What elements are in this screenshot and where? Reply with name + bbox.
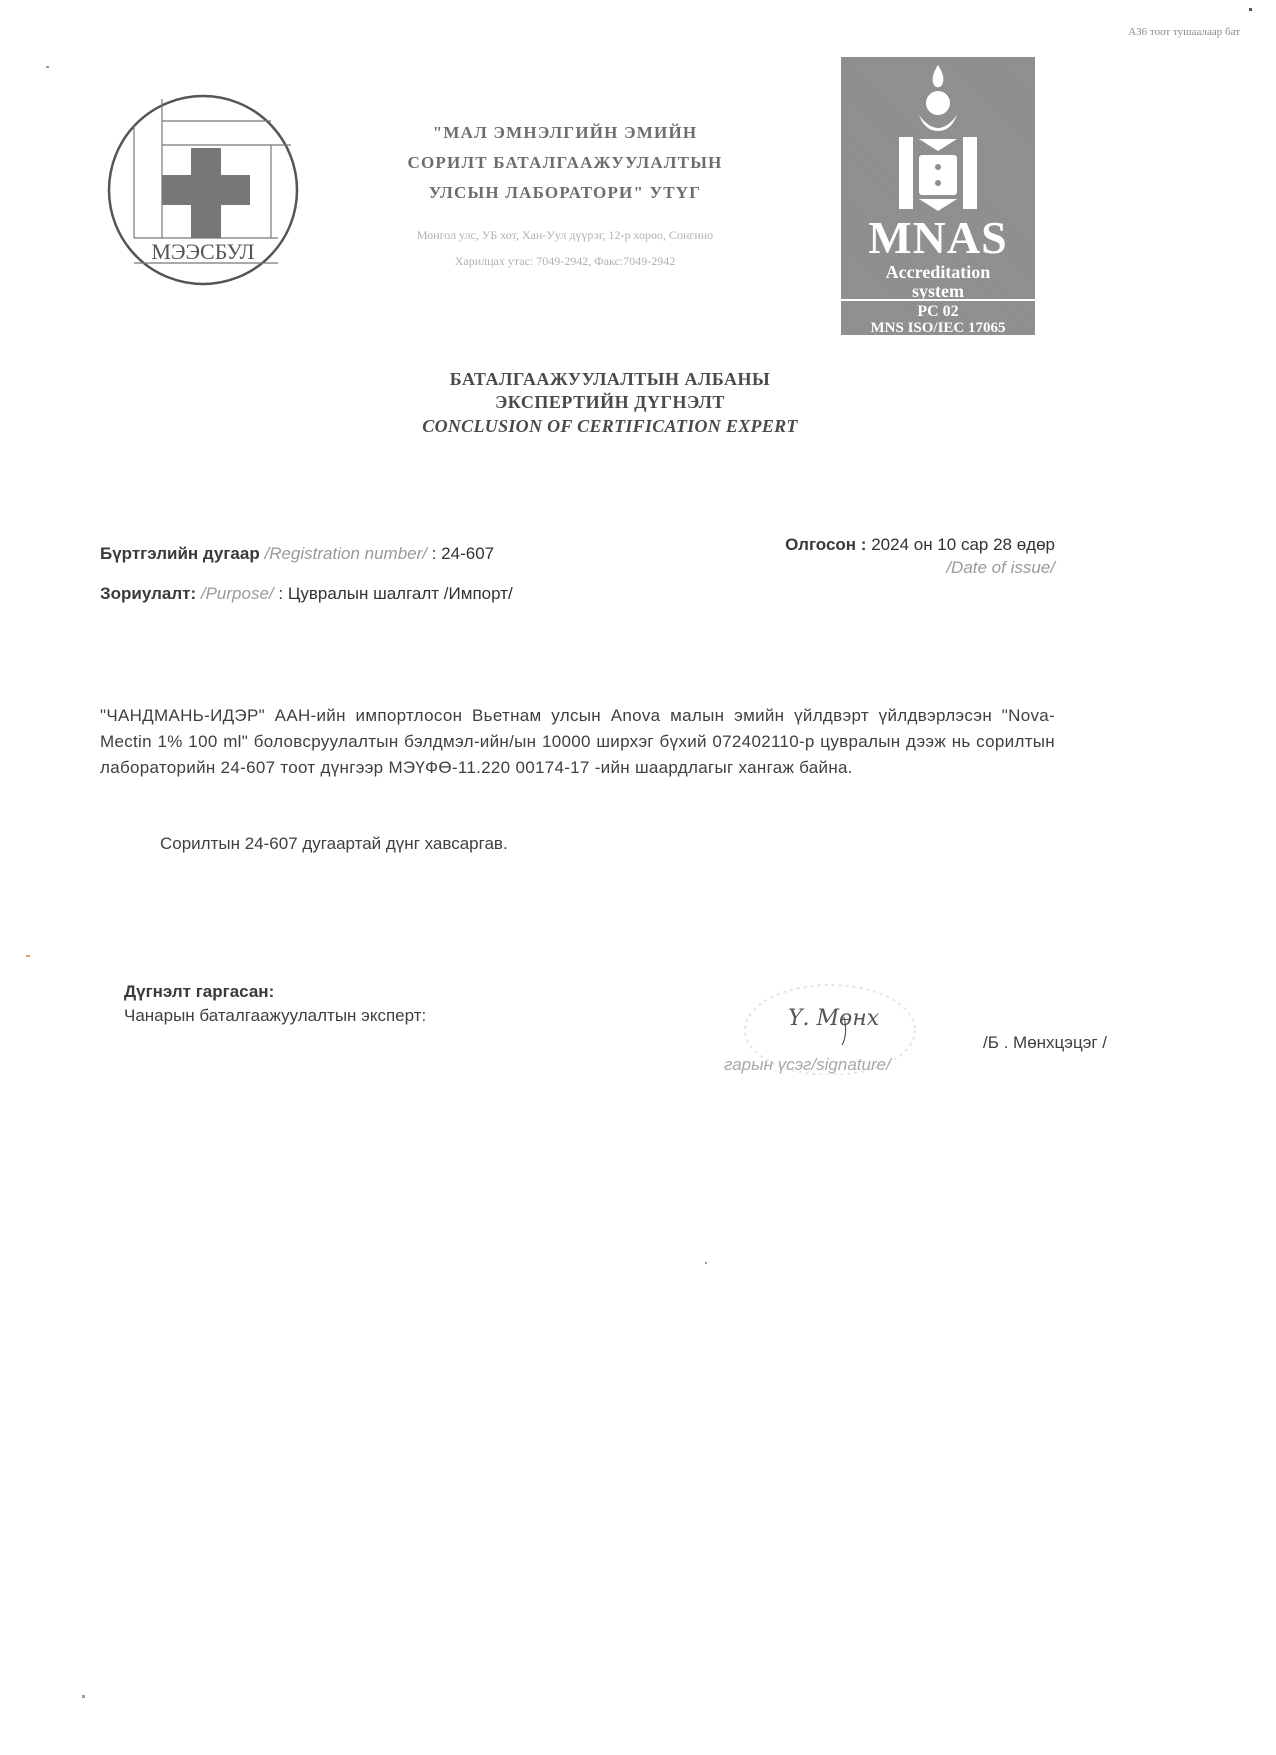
scan-speck	[705, 1262, 707, 1264]
title-line-1: БАТАЛГААЖУУЛАЛТЫН АЛБАНЫ	[360, 368, 860, 391]
purpose-value: : Цувралын шалгалт /Импорт/	[278, 584, 512, 603]
registration-value: : 24-607	[432, 544, 494, 563]
registration-label-en: /Registration number/	[264, 544, 427, 563]
org-name-line-1: "МАЛ ЭМНЭЛГИЙН ЭМИЙН	[340, 118, 790, 148]
approval-note: А36 тоот тушаалаар бат	[1128, 26, 1240, 38]
attachment-note: Сорилтын 24-607 дугаартай дүнг хавсаргав…	[160, 834, 508, 854]
registration-label: Бүртгэлийн дугаар	[100, 544, 260, 563]
mnas-subtitle: Accreditation	[841, 262, 1035, 282]
registration-number: Бүртгэлийн дугаар /Registration number/ …	[100, 544, 494, 564]
badge-divider	[841, 299, 1035, 301]
mnas-title: MNAS	[841, 215, 1035, 261]
signer-name: /Б . Мөнхцэцэг /	[983, 1033, 1107, 1053]
purpose-label: Зориулалт:	[100, 584, 196, 603]
issue-date-label: Олгосон :	[785, 535, 866, 554]
address-line: Монгол улс, УБ хот, Хан-Уул дүүрэг, 12-р…	[340, 222, 790, 248]
scan-speck	[26, 955, 30, 957]
title-line-2: ЭКСПЕРТИЙН ДҮГНЭЛТ	[360, 391, 860, 414]
purpose-label-en: /Purpose/	[201, 584, 274, 603]
accreditation-badge: MNAS Accreditation system PC 02 MNS ISO/…	[841, 57, 1035, 335]
conclusion-paragraph: "ЧАНДМАНЬ-ИДЭР" ААН-ийн импортлосон Вьет…	[100, 703, 1055, 781]
svg-text:Ү. Мөнх: Ү. Мөнх	[788, 1006, 880, 1031]
issue-date-label-en: /Date of issue/	[946, 558, 1055, 578]
organization-header: "МАЛ ЭМНЭЛГИЙН ЭМИЙН СОРИЛТ БАТАЛГААЖУУЛ…	[340, 118, 790, 274]
scan-speck	[1249, 8, 1252, 11]
issue-date-value: 2024 он 10 сар 28 өдөр	[871, 535, 1055, 554]
org-name-line-3: УЛСЫН ЛАБОРАТОРИ" УТҮГ	[340, 178, 790, 208]
document-title: БАТАЛГААЖУУЛАЛТЫН АЛБАНЫ ЭКСПЕРТИЙН ДҮГН…	[360, 368, 860, 438]
contact-line: Харилцах утас: 7049-2942, Факс:7049-2942	[340, 248, 790, 274]
signature-caption: гарын үсэг/signature/	[724, 1055, 891, 1075]
org-name-line-2: СОРИЛТ БАТАЛГААЖУУЛАЛТЫН	[340, 148, 790, 178]
expert-role: Чанарын баталгаажуулалтын эксперт:	[124, 1006, 426, 1026]
mnas-subtitle-2: system	[841, 281, 1035, 301]
title-english: CONCLUSION OF CERTIFICATION EXPERT	[360, 414, 860, 438]
soyombo-emblem-icon	[841, 57, 1035, 227]
cross-emblem-icon: МЭЭСБУЛ	[106, 93, 300, 287]
scan-speck	[46, 66, 49, 68]
scan-speck	[82, 1695, 85, 1698]
concluded-by-label: Дүгнэлт гаргасан:	[124, 982, 274, 1002]
lab-logo: МЭЭСБУЛ	[106, 93, 300, 287]
svg-text:МЭЭСБУЛ: МЭЭСБУЛ	[151, 239, 254, 264]
issue-date: Олгосон : 2024 он 10 сар 28 өдөр	[785, 535, 1055, 555]
mnas-standard: MNS ISO/IEC 17065	[841, 319, 1035, 337]
purpose: Зориулалт: /Purpose/ : Цувралын шалгалт …	[100, 584, 513, 604]
